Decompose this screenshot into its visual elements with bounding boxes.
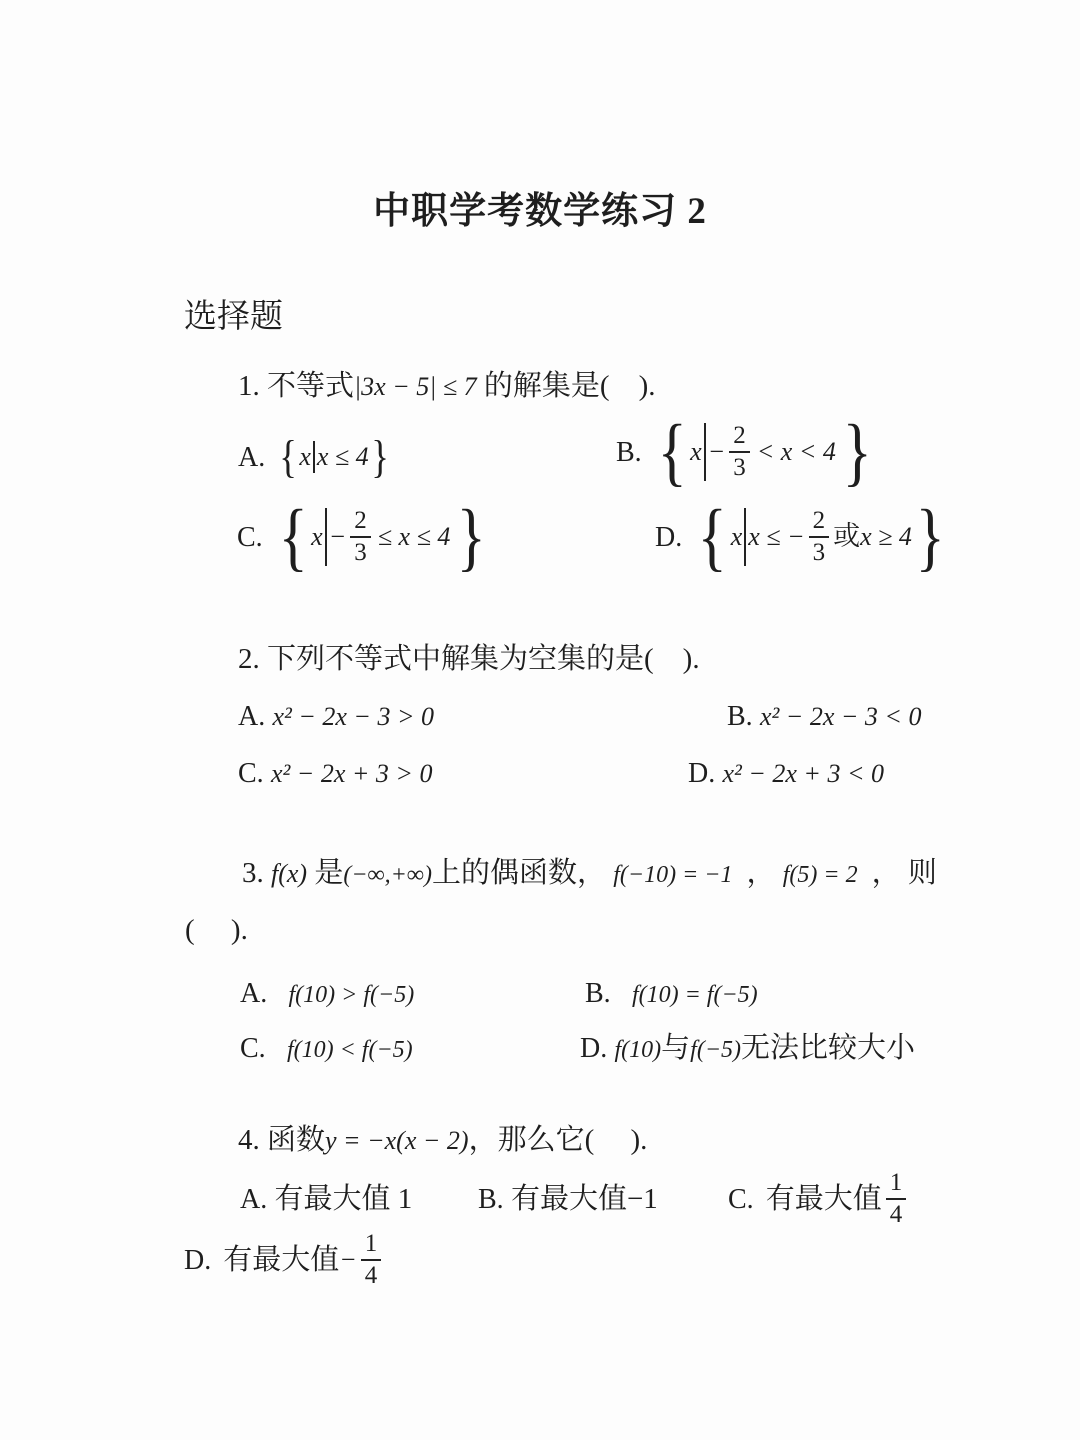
q4-option-a: A. 有最大值 1 (240, 1181, 412, 1217)
option-text: 有最大值 (766, 1181, 882, 1217)
option-label: D. (688, 758, 715, 789)
option-label: A. (238, 701, 265, 732)
fraction-numerator: 2 (729, 422, 750, 453)
q1-option-b: B. { x − 2 3 < x < 4 } (616, 413, 875, 491)
page-title: 中职学考数学练习 2 (0, 180, 1080, 234)
option-formula: x² − 2x + 3 < 0 (722, 759, 884, 788)
set-divider-bar (325, 508, 327, 566)
left-brace: { (657, 414, 686, 490)
option-text: 有最大值 1 (274, 1183, 412, 1215)
fraction: 2 3 (729, 422, 750, 482)
q3-option-c: C. f(10) < f(−5) (240, 1030, 413, 1066)
stem-math-fx: f(x) (271, 859, 307, 888)
q2-option-c: C. x² − 2x + 3 > 0 (238, 755, 432, 791)
stem-math: |3x − 5| ≤ 7 (354, 372, 477, 401)
left-brace: { (698, 499, 727, 575)
question-4-stem: 4. 函数y = −x(x − 2)，那么它( ). (238, 1122, 647, 1158)
q4-option-d: D. 有最大值 − 1 4 (184, 1229, 385, 1291)
fraction: 1 4 (361, 1230, 382, 1290)
comma: ， (746, 857, 775, 889)
stem-text-end: ，那么它( ). (469, 1124, 648, 1156)
section-heading: 选择题 (184, 290, 283, 337)
q1-option-c: C. { x − 2 3 ≤ x ≤ 4 } (237, 498, 490, 576)
option-text: 有最大值−1 (511, 1183, 658, 1215)
fraction-denominator: 3 (729, 453, 750, 482)
fraction-numerator: 2 (350, 507, 371, 538)
option-label: B. (616, 435, 642, 470)
option-formula: x² − 2x − 3 < 0 (760, 702, 922, 731)
set-condition: < x < 4 (757, 436, 836, 469)
option-label: A. (240, 978, 267, 1009)
option-label: D. (184, 1243, 211, 1278)
stem-text: 下列不等式中解集为空集的是( ). (267, 643, 700, 675)
q4-option-b: B. 有最大值−1 (478, 1181, 658, 1217)
stem-text: 是 (314, 857, 343, 889)
set-variable: x (299, 441, 311, 474)
question-number: 2. (238, 643, 260, 675)
comma-2: ， (872, 857, 901, 889)
set-divider-bar (744, 508, 746, 566)
q3-option-a: A. f(10) > f(−5) (240, 975, 414, 1011)
right-brace: } (457, 499, 486, 575)
question-1-stem: 1. 不等式|3x − 5| ≤ 7 的解集是( ). (238, 368, 656, 404)
fraction-numerator: 1 (886, 1169, 907, 1200)
stem-text: 函数 (267, 1124, 325, 1156)
question-2-stem: 2. 下列不等式中解集为空集的是( ). (238, 641, 700, 677)
q3-option-b: B. f(10) = f(−5) (585, 975, 758, 1011)
stem-text: 不等式 (267, 370, 354, 402)
question-3-stem: 3. f(x) 是(−∞,+∞)上的偶函数， f(−10) = −1， f(5)… (242, 855, 937, 891)
q1-option-a: A. { x x ≤ 4 } (238, 434, 391, 480)
fraction: 1 4 (886, 1169, 907, 1229)
minus-sign: − (339, 1244, 357, 1277)
stem-math-f-neg10: f(−10) = −1 (613, 862, 732, 888)
option-formula: x² − 2x − 3 > 0 (272, 702, 434, 731)
set-condition: ≤ x ≤ 4 (378, 521, 451, 554)
fraction-denominator: 4 (886, 1200, 907, 1229)
option-label: C. (240, 1033, 266, 1064)
set-condition-right: x ≥ 4 (860, 521, 912, 554)
set-condition-left: x ≤ − (748, 521, 804, 554)
q2-option-a: A. x² − 2x − 3 > 0 (238, 698, 434, 734)
minus-sign: − (329, 521, 347, 554)
fraction-denominator: 4 (361, 1261, 382, 1290)
right-brace: } (843, 414, 872, 490)
fraction: 2 3 (350, 507, 371, 567)
question-number: 1. (238, 370, 260, 402)
option-text-with: 与 (661, 1032, 690, 1064)
q1-option-d: D. { x x ≤ − 2 3 或 x ≥ 4 } (655, 498, 948, 576)
option-formula: f(10) > f(−5) (288, 982, 414, 1008)
document-page: 中职学考数学练习 2 选择题 1. 不等式|3x − 5| ≤ 7 的解集是( … (0, 0, 1080, 1440)
set-condition: x ≤ 4 (317, 441, 369, 474)
option-formula: x² − 2x + 3 > 0 (271, 759, 433, 788)
minus-sign: − (708, 436, 726, 469)
right-brace: } (916, 499, 945, 575)
set-divider-bar (313, 441, 315, 473)
stem-math: y = −x(x − 2) (325, 1126, 469, 1155)
question-number: 3. (242, 857, 264, 889)
fraction-denominator: 3 (350, 538, 371, 567)
question-number: 4. (238, 1124, 260, 1156)
fraction-numerator: 1 (361, 1230, 382, 1261)
q3-option-d: D. f(10)与f(−5)无法比较大小 (580, 1030, 915, 1066)
option-formula-f10: f(10) (614, 1037, 661, 1063)
option-text: 有最大值 (223, 1242, 339, 1278)
option-label: A. (238, 440, 265, 475)
stem-math-interval: (−∞,+∞) (343, 862, 432, 888)
option-formula: f(10) = f(−5) (632, 982, 758, 1008)
option-label: B. (478, 1184, 504, 1215)
set-variable: x (731, 521, 743, 554)
right-brace: } (371, 434, 389, 480)
or-connective: 或 (833, 520, 860, 554)
stem-text-then: 则 (908, 857, 937, 889)
option-label: B. (727, 701, 753, 732)
option-label: C. (237, 520, 263, 555)
option-label: D. (655, 520, 682, 555)
q2-option-b: B. x² − 2x − 3 < 0 (727, 698, 921, 734)
q4-option-c: C. 有最大值 1 4 (728, 1168, 910, 1230)
option-formula: f(10) < f(−5) (287, 1037, 413, 1063)
left-brace: { (278, 499, 307, 575)
fraction-numerator: 2 (809, 507, 830, 538)
fraction-denominator: 3 (809, 538, 830, 567)
left-brace: { (279, 434, 297, 480)
option-label: C. (728, 1182, 754, 1217)
option-label: B. (585, 978, 611, 1009)
option-label: A. (240, 1184, 267, 1215)
q2-option-d: D. x² − 2x + 3 < 0 (688, 755, 884, 791)
set-variable: x (690, 436, 702, 469)
stem-text-2: 上的偶函数， (432, 857, 606, 889)
option-label: C. (238, 758, 264, 789)
fraction: 2 3 (809, 507, 830, 567)
answer-blank: ( ). (185, 914, 248, 946)
question-3-stem-continued: ( ). (185, 912, 248, 948)
option-formula-f-neg5: f(−5) (690, 1037, 741, 1063)
stem-math-f5: f(5) = 2 (783, 862, 858, 888)
stem-text-end: 的解集是( ). (484, 370, 656, 402)
option-label: D. (580, 1033, 607, 1064)
set-variable: x (311, 521, 323, 554)
set-divider-bar (704, 423, 706, 481)
option-text-cannot-compare: 无法比较大小 (741, 1032, 915, 1064)
